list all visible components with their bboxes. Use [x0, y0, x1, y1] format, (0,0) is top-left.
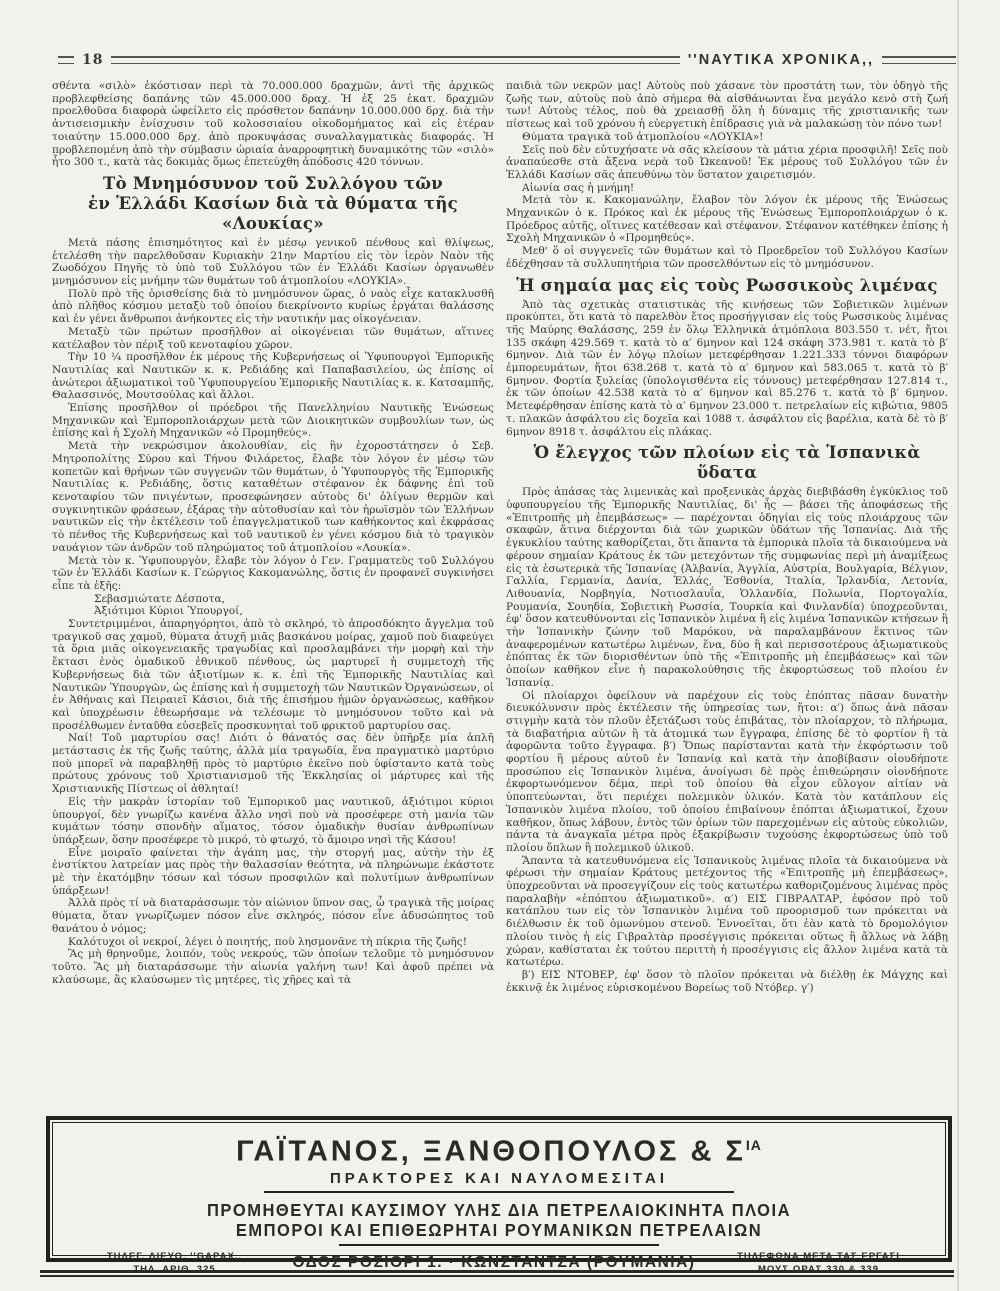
header-rule-middle	[111, 56, 679, 64]
paragraph: Σεῖς ποὺ δὲν εὐτυχήσατε νὰ σᾶς κλείσουν …	[506, 144, 948, 182]
ad-telegraph-address: ΤΗΛΕΓ. ΔΙΕΥΘ. ''GAPAX,,	[67, 1250, 282, 1263]
bottom-page-rule	[40, 1270, 954, 1277]
header-rule-left	[58, 56, 74, 64]
paragraph: Μετὰ τὸν κ. Ὑφυπουργὸν, ἔλαβε τὸν λόγον …	[52, 555, 494, 593]
ad-company-suffix: ΙΑ	[746, 1137, 762, 1153]
paragraph: Εἶνε μοιραῖο φαίνεται τὴν ἀγάπη μας, τὴν…	[52, 847, 494, 898]
paragraph: Μετὰ τὸν κ. Κακομανώλην, ἔλαβον τὸν λόγο…	[506, 194, 948, 245]
paragraph: Ἀπὸ τὰς σχετικὰς στατιστικὰς τῆς κινήσεω…	[506, 299, 948, 439]
scan-fold-line	[957, 0, 959, 1291]
left-column: σθέντα «σιλὸ» ἐκόστισαν περὶ τὰ 70.000.0…	[52, 80, 494, 1112]
text-columns: σθέντα «σιλὸ» ἐκόστισαν περὶ τὰ 70.000.0…	[52, 80, 948, 1112]
article-title-memorial: Τὸ Μνημόσυνον τοῦ Συλλόγου τῶν ἐν Ἑλλάδι…	[52, 174, 494, 234]
article-title-russia: Ἡ σημαία μας εἰς τοὺς Ρωσσικοὺς λιμένας	[506, 276, 948, 296]
right-column: παιδιὰ τῶν νεκρῶν μας! Αὐτοὺς ποὺ χάσανε…	[506, 80, 948, 1112]
ad-services-line-2: ΕΜΠΟΡΟΙ ΚΑΙ ΕΠΙΘΕΩΡΗΤΑΙ ΡΟΥΜΑΝΙΚΩΝ ΠΕΤΡΕ…	[53, 1220, 945, 1241]
paragraph: Ναί! Τοῦ μαρτυρίου σας! Διότι ὁ θάνατός …	[52, 732, 494, 796]
paragraph: Μετὰ πάσης ἐπισημότητος καὶ ἐν μέσῳ γενι…	[52, 237, 494, 288]
paragraph: Εἰς τὴν μακρὰν ἱστορίαν τοῦ Ἐμπορικοῦ μα…	[52, 796, 494, 847]
paragraph: Ἂς μὴ θρηνοῦμε, λοιπόν, τοὺς νεκρούς, τῶ…	[52, 948, 494, 986]
magazine-page: 18 ''ΝΑΥΤΙΚΑ ΧΡΟΝΙΚΑ,, σθέντα «σιλὸ» ἐκό…	[0, 0, 1000, 1291]
paragraph: Πολὺ πρὸ τῆς ὁρισθείσης διὰ τὸ μνημόσυνο…	[52, 288, 494, 326]
paragraph: Οἱ πλοίαρχοι ὀφείλουν νὰ παρέχουν εἰς το…	[506, 690, 948, 855]
paragraph: Αἰωνία σας ἡ μνήμη!	[506, 182, 948, 195]
paragraph: Ἀλλὰ πρὸς τί νὰ διαταράσσωμε τὸν αἰώνιον…	[52, 897, 494, 935]
paragraph: β′) ΕΙΣ ΝΤΟΒΕΡ, ἐφ' ὅσον τὸ πλοῖον πρόκε…	[506, 969, 948, 994]
ad-street-address: ΟΔΟΣ ΡΟΣΙΟΡΙ 1. · ΚΩΝΣΤΑΝΤΖΑ (ΡΟΥΜΑΝΙΑ)	[282, 1254, 706, 1272]
paragraph: παιδιὰ τῶν νεκρῶν μας! Αὐτοὺς ποὺ χάσανε…	[506, 80, 948, 131]
article-title-line: Τὸ Μνημόσυνον τοῦ Συλλόγου τῶν	[103, 174, 443, 193]
ad-company-name: ΓΑΪΤΑΝΟΣ, ΞΑΝΘΟΠΟΥΛΟΣ & ΣΙΑ	[53, 1130, 945, 1167]
paragraph: Τὴν 10 ¼ προσῆλθον ἐκ μέρους τῆς Κυβερνή…	[52, 351, 494, 402]
ad-subtitle: ΠΡΑΚΤΟΡΕΣ ΚΑΙ ΝΑΥΛΟΜΕΣΙΤΑΙ	[53, 1170, 945, 1187]
ad-company-main: ΓΑΪΤΑΝΟΣ, ΞΑΝΘΟΠΟΥΛΟΣ & Σ	[236, 1136, 746, 1168]
paragraph: Μεταξὺ τῶν πρώτων προσῆλθον αἱ οἰκογένει…	[52, 326, 494, 351]
ad-divider-rule	[264, 1191, 734, 1193]
paragraph: Ἐπίσης προσῆλθον οἱ πρόεδροι τῆς Πανελλη…	[52, 402, 494, 440]
salutation-line: Ἀξιότιμοι Κύριοι Ὑπουργοί,	[52, 605, 494, 618]
masthead-title: ''ΝΑΥΤΙΚΑ ΧΡΟΝΙΚΑ,,	[688, 52, 874, 68]
article-title-line: ἐν Ἑλλάδι Κασίων διὰ τὰ θύματα τῆς «Λουκ…	[88, 194, 458, 233]
paragraph: Μετὰ τὴν νεκρώσιμον ἀκολουθίαν, εἰς ἣν ἐ…	[52, 440, 494, 554]
paragraph: Πρὸς ἁπάσας τὰς λιμενικὰς καὶ προξενικὰς…	[506, 486, 948, 689]
article-title-spain: Ὁ ἔλεγχος τῶν πλοίων εἰς τὰ Ἱσπανικὰ ὕδα…	[506, 443, 948, 483]
advertisement-inner-frame: ΓΑΪΤΑΝΟΣ, ΞΑΝΘΟΠΟΥΛΟΣ & ΣΙΑ ΠΡΑΚΤΟΡΕΣ ΚΑ…	[52, 1122, 946, 1256]
page-number: 18	[82, 52, 103, 68]
paragraph: Θύματα τραγικὰ τοῦ ἀτμοπλοίου «ΛΟΥΚΙΑ»!	[506, 131, 948, 144]
advertisement-box: ΓΑΪΤΑΝΟΣ, ΞΑΝΘΟΠΟΥΛΟΣ & ΣΙΑ ΠΡΑΚΤΟΡΕΣ ΚΑ…	[46, 1116, 952, 1262]
paragraph: Συντετριμμένοι, ἀπαρηγόρητοι, ἀπὸ τὸ σκλ…	[52, 618, 494, 732]
salutation-line: Σεβασμιώτατε Δέσποτα,	[52, 593, 494, 606]
paragraph: Καλότυχοι οἱ νεκροί, λέγει ὁ ποιητής, πο…	[52, 936, 494, 949]
running-head: 18 ''ΝΑΥΤΙΚΑ ΧΡΟΝΙΚΑ,,	[58, 52, 956, 68]
paragraph: Μεθ' ὅ οἱ συγγενεῖς τῶν θυμάτων καὶ τὸ Π…	[506, 245, 948, 270]
paragraph: σθέντα «σιλὸ» ἐκόστισαν περὶ τὰ 70.000.0…	[52, 80, 494, 169]
paragraph: Ἅπαντα τὰ κατευθυνόμενα εἰς Ἱσπανικοὺς λ…	[506, 855, 948, 969]
ad-services-line-1: ΠΡΟΜΗΘΕΥΤΑΙ ΚΑΥΣΙΜΟΥ ΥΛΗΣ ΔΙΑ ΠΕΤΡΕΛΑΙΟΚ…	[53, 1200, 945, 1221]
ad-phones-line: ΤΗΛΕΦΩΝΑ ΜΕΤΑ ΤΑΣ ΕΡΓΑΣΙ	[706, 1250, 931, 1263]
ad-divider-rule	[339, 1244, 659, 1246]
header-rule-right	[882, 56, 956, 64]
